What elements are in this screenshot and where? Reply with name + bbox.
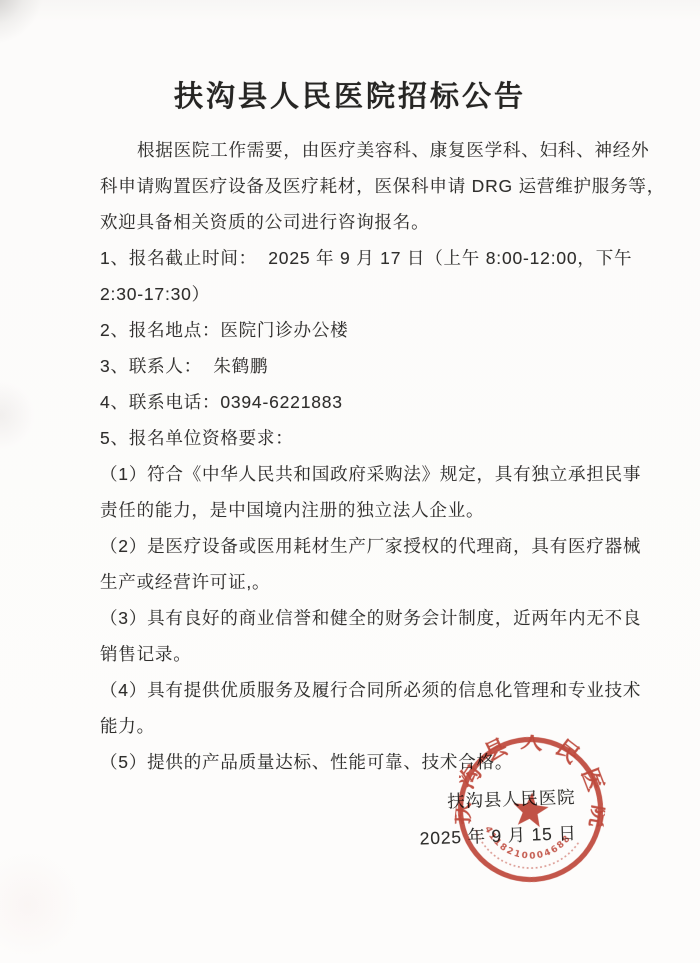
text-line: 2、报名地点：医院门诊办公楼 bbox=[100, 312, 658, 348]
text-line: 1、报名截止时间： 2025 年 9 月 17 日（上午 8:00-12:00，… bbox=[100, 240, 658, 276]
text-line: （2）是医疗设备或医用耗材生产厂家授权的代理商，具有医疗器械 bbox=[100, 528, 658, 564]
document-title: 扶沟县人民医院招标公告 bbox=[0, 74, 700, 115]
text-line: 4、联系电话：0394-6221883 bbox=[100, 384, 658, 420]
text-line: 2:30-17:30） bbox=[100, 276, 658, 312]
text-line: （1）符合《中华人民共和国政府采购法》规定，具有独立承担民事 bbox=[100, 456, 658, 492]
text-line: 责任的能力，是中国境内注册的独立法人企业。 bbox=[100, 492, 658, 528]
seal-organization-text: 扶沟县人民医院 bbox=[449, 728, 613, 841]
text-line: 5、报名单位资格要求： bbox=[100, 420, 658, 456]
text-line: 欢迎具备相关资质的公司进行咨询报名。 bbox=[100, 204, 658, 240]
seal-star-icon bbox=[511, 791, 550, 828]
text-line: （4）具有提供优质服务及履行合同所必须的信息化管理和专业技术 bbox=[100, 672, 658, 708]
text-line: 科申请购置医疗设备及医疗耗材，医保科申请 DRG 运营维护服务等， bbox=[100, 168, 658, 204]
document-body: 根据医院工作需要，由医疗美容科、康复医学科、妇科、神经外科申请购置医疗设备及医疗… bbox=[0, 132, 700, 780]
text-line: （3）具有良好的商业信誉和健全的财务会计制度，近两年内无不良 bbox=[100, 600, 658, 636]
official-seal-stamp: 扶沟县人民医院 4118210004688 bbox=[449, 728, 613, 892]
text-line: 根据医院工作需要，由医疗美容科、康复医学科、妇科、神经外 bbox=[100, 132, 658, 168]
text-line: 3、联系人： 朱鹤鹏 bbox=[100, 348, 658, 384]
text-line: 生产或经营许可证,。 bbox=[100, 564, 658, 600]
scanned-document-page: 扶沟县人民医院招标公告 根据医院工作需要，由医疗美容科、康复医学科、妇科、神经外… bbox=[0, 0, 700, 963]
seal-serial-number: 4118210004688 bbox=[479, 824, 574, 866]
text-line: 销售记录。 bbox=[100, 636, 658, 672]
seal-graphic: 扶沟县人民医院 4118210004688 bbox=[449, 728, 613, 892]
